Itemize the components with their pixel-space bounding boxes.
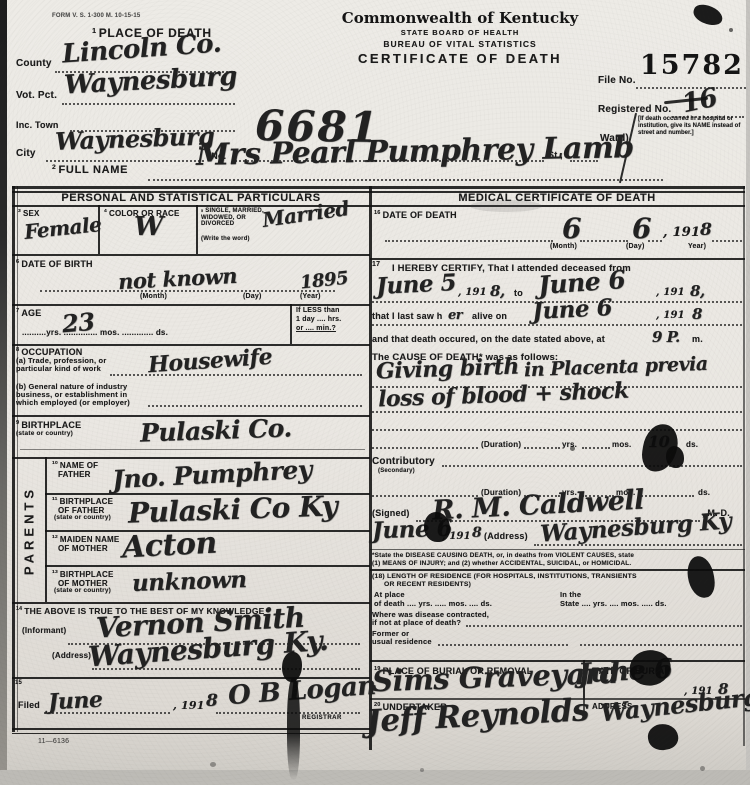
rule: [12, 254, 370, 256]
last-saw-her: er: [448, 308, 462, 323]
ink-blot: [424, 512, 450, 542]
informant-address-label: (Address): [52, 651, 91, 660]
contributory-label: Contributory: [372, 456, 435, 467]
attended-from-digit: 8,: [490, 282, 505, 300]
dotted-leader: [638, 495, 694, 497]
duration-mos: mos.: [612, 440, 631, 449]
city-value: Waynesburg: [55, 121, 215, 156]
residence-at-place-2: of death .... yrs. ..... mos. .... ds.: [374, 599, 492, 608]
commonwealth-heading: Commonwealth of Kentucky: [310, 9, 610, 27]
residence-label-1: (18) LENGTH OF RESIDENCE (FOR HOSPITALS,…: [372, 573, 637, 580]
death-certificate-scan: FORM V. S. 1-300 M. 10-15-15 1PLACE OF D…: [0, 0, 750, 785]
county-label: County: [16, 58, 52, 69]
sex-label: 3SEX: [18, 209, 40, 218]
dotted-leader: [580, 644, 742, 646]
certify-no: 17: [372, 261, 380, 268]
dotted-leader: [712, 240, 742, 242]
dotted-leader: [372, 411, 742, 413]
duration2-ds: ds.: [698, 488, 710, 497]
dotted-leader: [372, 324, 742, 326]
age-less-1: If LESS than: [296, 307, 340, 314]
footnote-2: (1) MEANS OF INJURY; and (2) whether ACC…: [372, 560, 631, 567]
race-value: W: [134, 212, 163, 242]
age-units: ..........yrs. .............. mos. .....…: [22, 328, 168, 337]
father-name-label2: FATHER: [58, 470, 91, 479]
scan-edge: [0, 0, 7, 785]
rule: [12, 457, 370, 459]
filed-no: 15: [15, 680, 22, 686]
residence-former-2: usual residence: [372, 637, 432, 646]
mother-maiden-label2: OF MOTHER: [58, 544, 108, 553]
dotted-leader: [648, 240, 662, 242]
residence-label-2: OR RECENT RESIDENTS): [384, 581, 471, 588]
ink-speck: [420, 768, 424, 772]
death-occured-label: and that death occured, on the date stat…: [372, 334, 605, 344]
dotted-leader: [524, 447, 560, 449]
rule: [12, 733, 370, 734]
ink-speck: [729, 28, 733, 32]
dotted-leader: [372, 429, 742, 431]
father-birthplace-label: 11BIRTHPLACE: [52, 497, 113, 506]
ink-speck: [210, 762, 216, 767]
last-saw-digit: 8: [692, 305, 702, 323]
dotted-leader: [372, 447, 478, 449]
board-heading: STATE BOARD OF HEALTH: [310, 28, 610, 37]
physician-address-label: (Address): [484, 531, 528, 541]
rule: [12, 304, 370, 306]
rule: [12, 602, 370, 604]
rule: [370, 258, 745, 260]
residence-in-the-2: State .... yrs. .... mos. ..... ds.: [560, 599, 667, 608]
marital-hint: (Write the word): [201, 236, 250, 242]
residence-at-place-1: At place: [374, 590, 405, 599]
inc-town-label: Inc. Town: [16, 120, 59, 130]
death-time-value: 9 P.: [652, 328, 680, 346]
date-of-death-year-printed: , 191: [663, 225, 700, 240]
date-of-death-month: 6: [562, 212, 581, 245]
informant-label: (Informant): [22, 626, 66, 635]
attended-to-digit: 8,: [690, 282, 705, 300]
mother-maiden-label: 12MAIDEN NAME: [52, 535, 119, 544]
registered-no-label: Registered No.: [598, 104, 671, 115]
to-label: to: [514, 288, 523, 298]
registrar-label: REGISTRAR: [302, 715, 342, 721]
dotted-leader: [62, 103, 235, 105]
medical-title: MEDICAL CERTIFICATE OF DEATH: [372, 192, 742, 204]
dotted-leader: [438, 644, 568, 646]
ink-speck: [570, 446, 575, 451]
file-no-label: File No.: [598, 75, 636, 86]
signed-year-digit: 8: [472, 525, 481, 541]
duration-label: (Duration): [481, 440, 521, 449]
birthplace-hint: (state or country): [16, 430, 73, 437]
dod-day-col: (Day): [626, 243, 645, 250]
day-col: (Day): [243, 293, 262, 300]
birthplace-label: 9BIRTHPLACE: [16, 420, 81, 430]
cause-line1a: Giving birth: [376, 354, 520, 385]
mother-birthplace-label: 13BIRTHPLACE: [52, 570, 113, 579]
father-birthplace-hint: (state or country): [54, 514, 111, 521]
attended-from-year: , 191: [458, 287, 487, 298]
filed-label: Filed: [18, 700, 40, 710]
ink-blot: [666, 446, 684, 468]
parents-label: PARENTS: [22, 486, 37, 576]
dotted-leader: [46, 160, 204, 162]
rule: [12, 186, 745, 189]
file-no-value: 15782: [640, 50, 744, 81]
dotted-leader: [672, 116, 744, 118]
occupation-b3: which employed (or employer): [16, 398, 130, 407]
full-name-label: 2FULL NAME: [52, 164, 128, 176]
hospital-note: [If death occurred in a hospital or inst…: [638, 116, 746, 137]
dotted-leader: [466, 625, 742, 627]
city-label: City: [16, 148, 36, 159]
rule: [370, 549, 745, 550]
date-of-death-label: 16DATE OF DEATH: [374, 210, 457, 220]
secondary-label: (Secondary): [378, 468, 415, 474]
rule: [370, 205, 745, 207]
rule: [12, 728, 370, 730]
dod-month-col: (Month): [550, 243, 577, 250]
age-less-2: 1 day .... hrs.: [296, 316, 341, 323]
dotted-leader: [582, 447, 610, 449]
form-code: FORM V. S. 1-300 M. 10-15-15: [52, 13, 140, 19]
scan-bottom: [0, 770, 750, 785]
year-col: (Year): [300, 293, 321, 300]
rule: [290, 304, 292, 344]
date-of-death-year-digit: 8: [700, 220, 711, 240]
mother-maiden-value: Acton: [121, 526, 217, 566]
birthplace-value: Pulaski Co.: [140, 413, 293, 447]
age-less-3: or .... min.?: [296, 325, 336, 332]
certificate-title: CERTIFICATE OF DEATH: [310, 51, 610, 66]
footnote-1: *State the DISEASE CAUSING DEATH, or, in…: [372, 552, 634, 559]
attended-from-date: June 5: [375, 269, 456, 300]
last-saw-label: that I last saw h: [372, 311, 442, 321]
filed-month-value: June: [47, 687, 103, 716]
dotted-leader: [148, 405, 362, 407]
rule: [196, 205, 198, 254]
mother-birthplace-value: unknown: [132, 566, 247, 597]
ink-streak: [287, 678, 300, 780]
death-time-m: m.: [692, 334, 703, 344]
dod-year-col: Year): [688, 243, 706, 250]
marital-label: 5SINGLE, MARRIED, WIDOWED, OR DIVORCED: [201, 208, 265, 228]
filed-year-printed: , 191: [173, 699, 205, 712]
dotted-leader: [148, 179, 663, 181]
last-saw-year: , 191: [656, 310, 685, 321]
pencil-smudge: [470, 200, 542, 212]
bureau-heading: BUREAU OF VITAL STATISTICS: [310, 39, 610, 49]
dotted-leader: [385, 240, 553, 242]
dob-label: 6DATE OF BIRTH: [16, 259, 93, 269]
rule: [20, 449, 365, 450]
attended-to-year: , 191: [656, 287, 685, 298]
alive-on-label: alive on: [472, 311, 507, 321]
duration-ds: ds.: [686, 440, 698, 449]
plate-code: 11—6136: [38, 738, 69, 745]
precinct-label: Vot. Pct.: [16, 90, 57, 101]
filed-year-digit: 8: [206, 691, 217, 711]
rule: [12, 186, 15, 732]
father-name-label: 10NAME OF: [52, 461, 98, 470]
residence-contracted-2: if not at place of death?: [372, 618, 461, 627]
dotted-leader: [442, 465, 742, 467]
last-saw-date: June 6: [531, 294, 612, 325]
ink-speck: [700, 766, 705, 771]
rule: [12, 344, 370, 346]
occupation-a2: particular kind of work: [16, 364, 101, 373]
month-col: (Month): [140, 293, 167, 300]
mother-birthplace-hint: (state or country): [54, 587, 111, 594]
age-label: 7AGE: [16, 308, 41, 318]
residence-in-the-1: In the: [560, 590, 581, 599]
rule: [45, 565, 370, 567]
dotted-leader: [580, 240, 628, 242]
